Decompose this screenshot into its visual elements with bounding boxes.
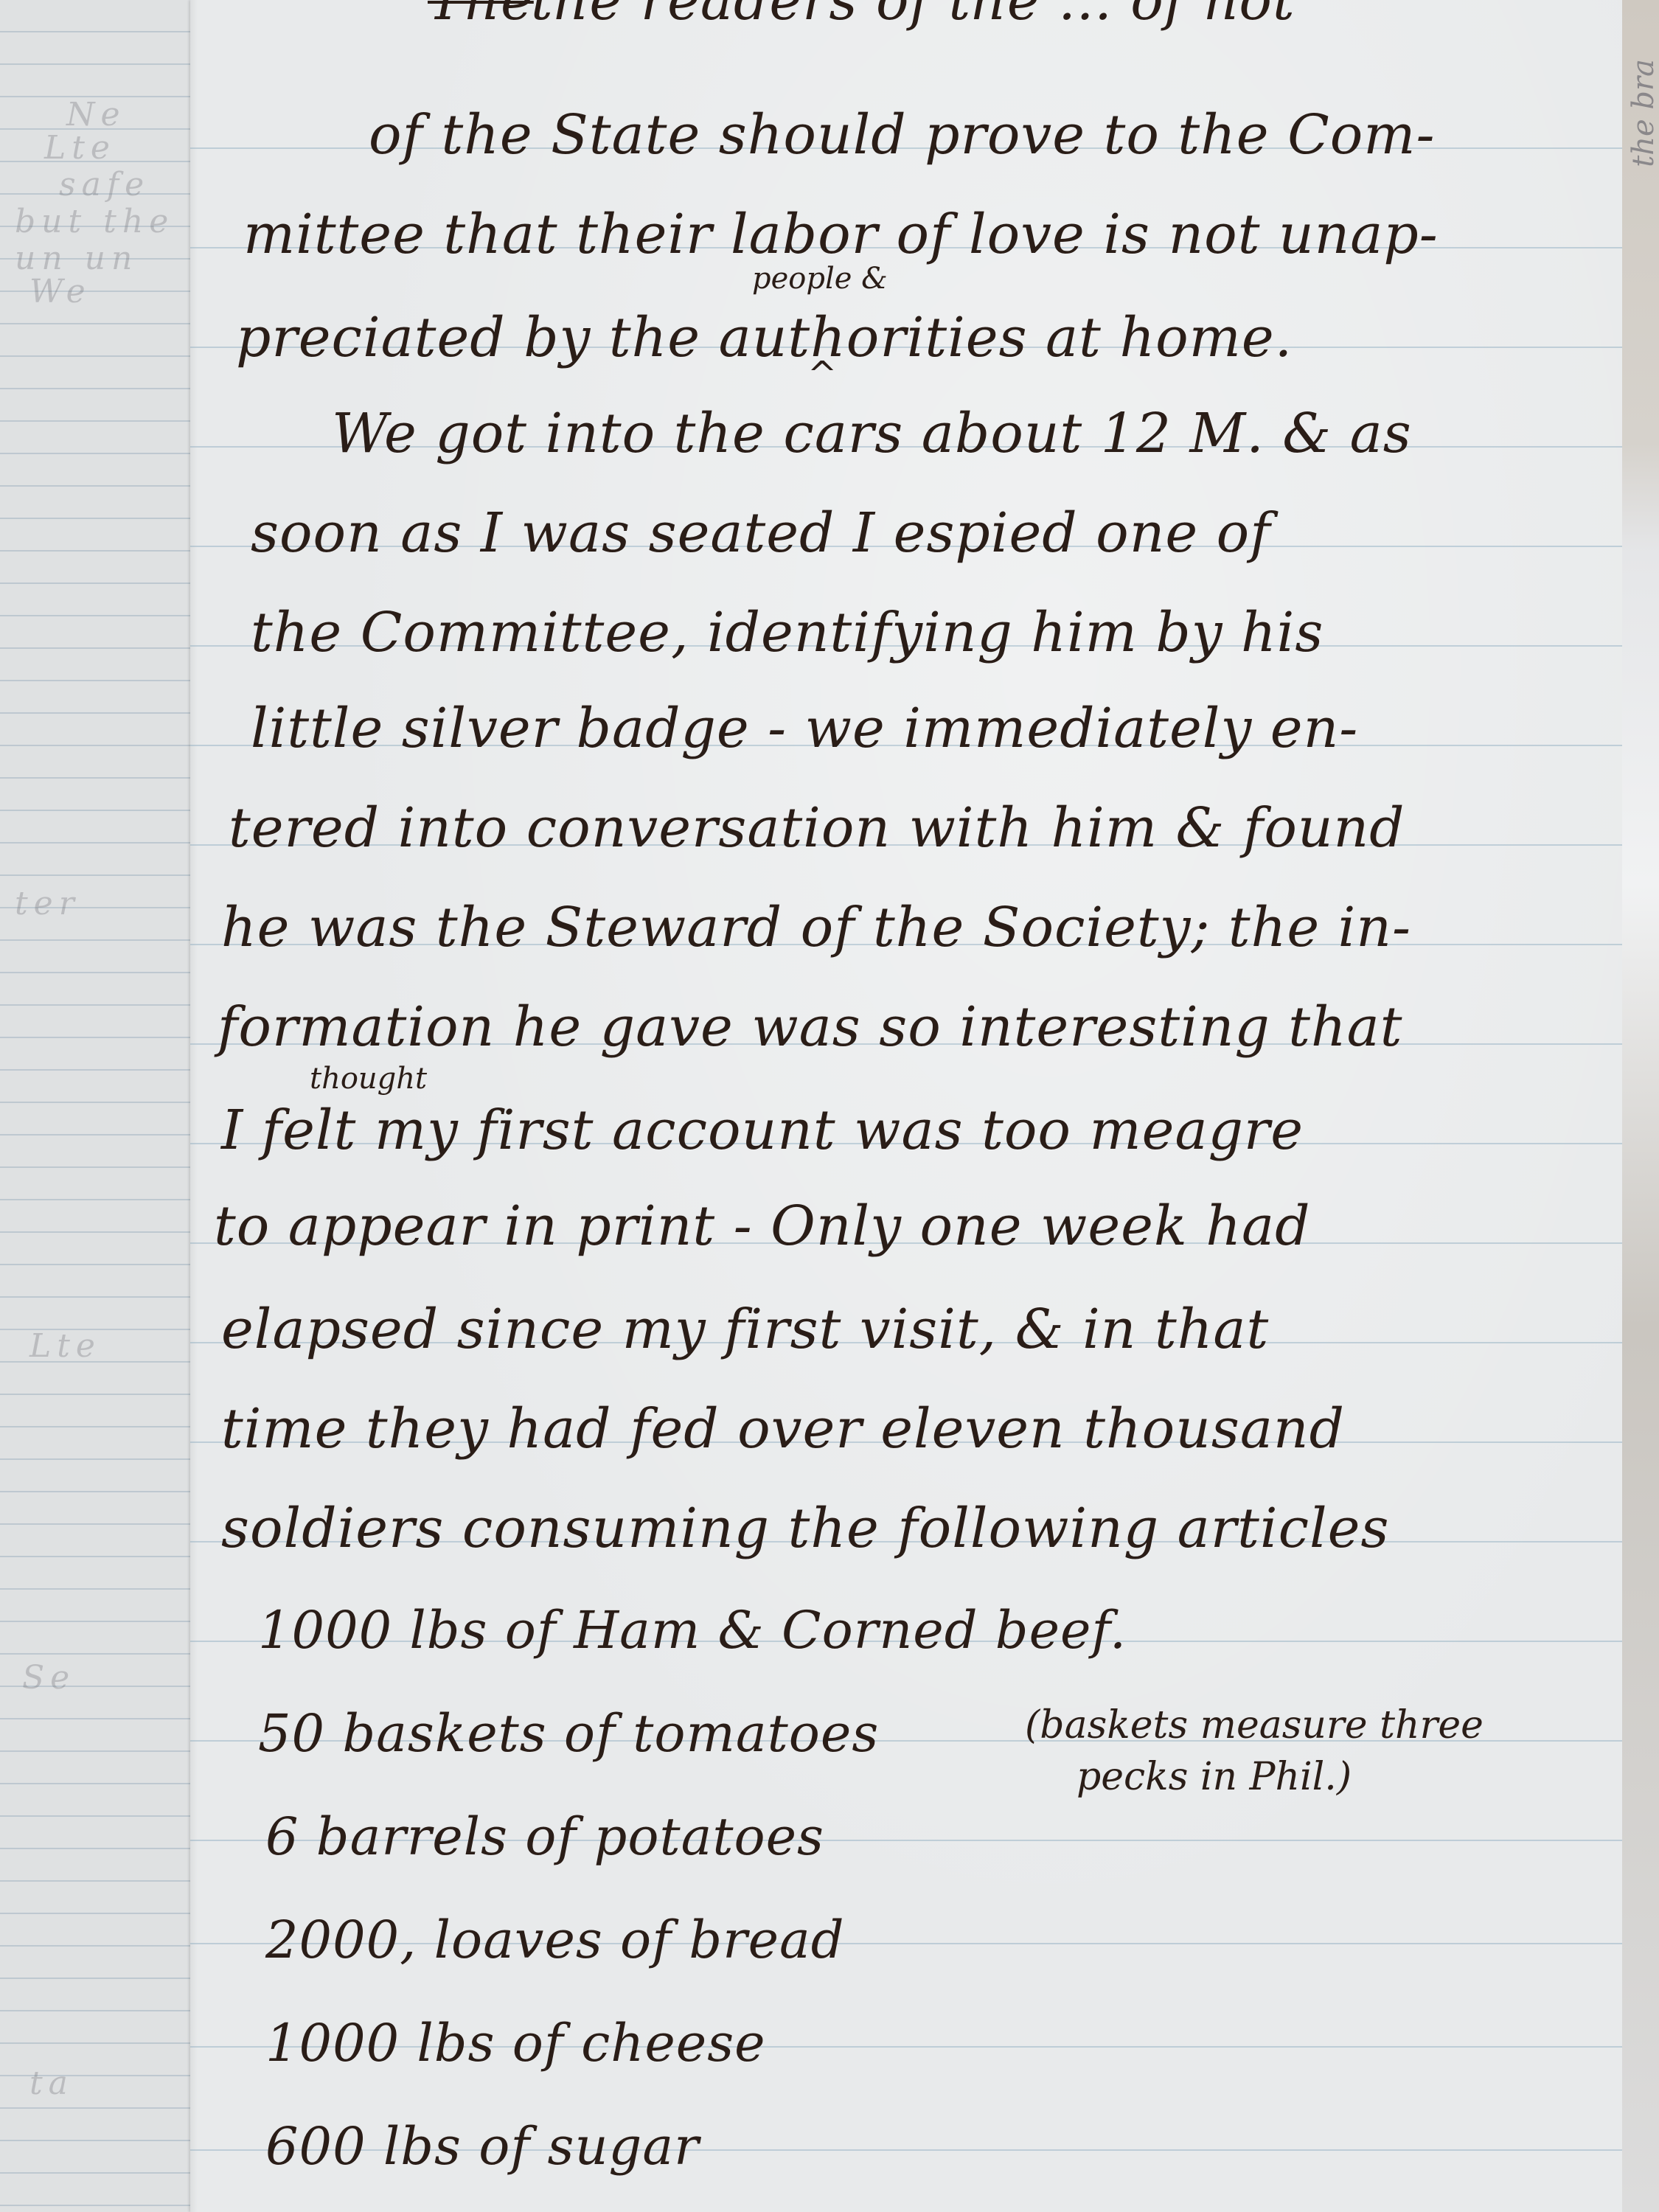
ghost-text: un un <box>15 240 138 277</box>
text-line-5: soon as I was seated I espied one of <box>251 501 1271 565</box>
list-item: 600 lbs of sugar <box>265 2116 700 2177</box>
text-line-3: preciated by the authorities at home. <box>236 306 1293 369</box>
text-line-12: to appear in print - Only one week had <box>214 1194 1310 1258</box>
text-line-13: elapsed since my first visit, & in that <box>221 1298 1269 1361</box>
list-item: 50 baskets of tomatoes <box>258 1703 879 1764</box>
ghost-text: Lte <box>44 129 116 167</box>
text-line-9: he was the Steward of the Society; the i… <box>221 896 1411 959</box>
top-partial-line: the readers of the ... of not <box>531 0 1295 32</box>
struck-word: The <box>428 0 534 32</box>
insertion-thought: thought <box>310 1062 427 1096</box>
text-line-15: soldiers consuming the following article… <box>221 1497 1389 1560</box>
list-note-line2: pecks in Phil.) <box>1077 1755 1352 1799</box>
text-line-14: time they had fed over eleven thousand <box>221 1397 1345 1461</box>
text-line-1: of the State should prove to the Com- <box>369 103 1435 167</box>
insertion-caret: ^ <box>807 354 837 395</box>
text-line-2: mittee that their labor of love is not u… <box>243 203 1439 266</box>
ghost-text: Lte <box>29 1327 101 1365</box>
text-line-7: little silver badge - we immediately en- <box>251 697 1358 760</box>
background-scrawl: the bra <box>1627 59 1659 167</box>
background-right-edge: the bra <box>1622 0 1659 2212</box>
insertion-people: people & <box>752 262 888 296</box>
text-line-11: I felt my first account was too meagre <box>221 1099 1304 1162</box>
ghost-text: safe <box>59 166 150 204</box>
list-item: 1000 lbs of cheese <box>265 2013 766 2073</box>
ghost-text: ter <box>15 885 80 922</box>
text-line-8: tered into conversation with him & found <box>229 796 1405 860</box>
list-item: 2000, loaves of bread <box>265 1910 845 1970</box>
list-item: 6 barrels of potatoes <box>265 1806 824 1867</box>
text-line-6: the Committee, identifying him by his <box>251 601 1324 664</box>
text-line-10: formation he gave was so interesting tha… <box>218 995 1403 1059</box>
ghost-text: Se <box>22 1659 75 1697</box>
ghost-text: We <box>29 273 91 310</box>
list-note-line1: (baskets measure three <box>1025 1703 1484 1747</box>
list-item: 1000 lbs of Ham & Corned beef. <box>258 1600 1127 1660</box>
ghost-text: Ne <box>66 96 126 133</box>
ghost-text: ta <box>29 2065 74 2102</box>
ghost-text: but the <box>15 203 174 240</box>
underlying-page: Ne Lte safe but the un un We ter Lte Se … <box>0 0 221 2212</box>
text-line-4: We got into the cars about 12 M. & as <box>332 402 1412 465</box>
